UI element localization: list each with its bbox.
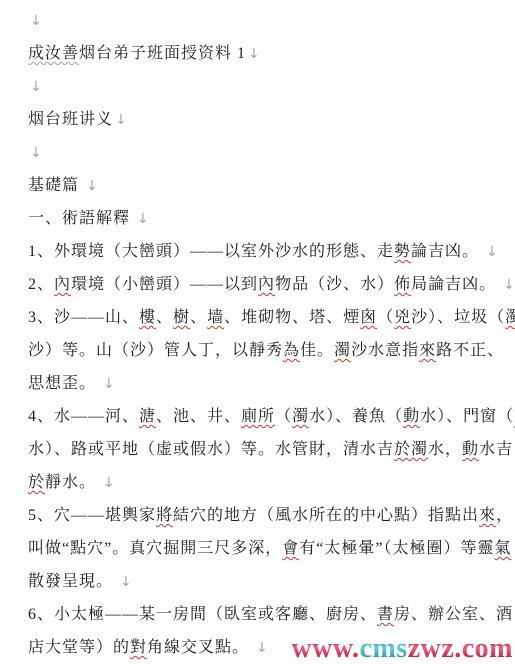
misspelling-red-run: 廁所	[241, 408, 275, 425]
text-run: 沙）等。山（沙）管人丁，以靜秀	[28, 342, 283, 359]
paragraph-mark: ↓	[113, 112, 127, 128]
text-run: 散發呈現。	[28, 573, 118, 590]
misspelling-red-run: 內	[258, 276, 275, 293]
text-run: 5、穴——堪輿家	[28, 507, 156, 524]
text-line: 基礎篇 ↓	[28, 169, 499, 202]
misspelling-red-run: 兇	[394, 309, 411, 326]
text-line: 於靜水。 ↓	[28, 466, 499, 499]
misspelling-red-run: 來	[479, 507, 496, 524]
text-run: 烟台班讲义	[28, 111, 113, 128]
text-line: 5、穴——堪輿家將結穴的地方（風水所在的中心點）指點出來，	[28, 499, 499, 532]
misspelling-red-run: 為	[283, 342, 300, 359]
paragraph-mark: ↓	[135, 211, 149, 227]
misspelling-red-run: 濁	[505, 309, 515, 326]
text-run: 水）、路或平地（虚或假水）等。水管財，清水吉	[28, 441, 394, 458]
text-line: ↓	[28, 4, 499, 37]
text-line: 散發呈現。 ↓	[28, 565, 499, 598]
text-line: 叫做“點穴”。真穴掘開三尺多深，會有“太極暈”（太極圈）等靈氣	[28, 532, 499, 565]
text-run: 叫做“點穴”。真穴掘開三尺多深，	[28, 540, 282, 557]
text-run: 1、外環境（大巒頭）——以室外沙水的形態、走	[28, 243, 394, 260]
misspelling-red-run: 佈	[394, 276, 411, 293]
paragraph-mark: ↓	[101, 475, 115, 491]
text-run: 靜水。	[45, 474, 101, 491]
text-run: 、	[156, 309, 173, 326]
paragraph-mark: ↓	[84, 178, 98, 194]
text-run: 路不正、	[436, 342, 504, 359]
text-run: 、	[190, 309, 207, 326]
misspelling-red-run: 樹	[173, 309, 190, 326]
watermark: www.cmszwz.com	[291, 635, 513, 663]
text-run: 論吉凶。	[411, 243, 484, 260]
text-run: 一、術語解釋	[28, 210, 135, 227]
text-run: 角線交叉點。	[147, 639, 254, 656]
misspelling-red-run: 對	[130, 639, 147, 656]
text-run: 水吉	[479, 441, 513, 458]
text-line: 1、外環境（大巒頭）——以室外沙水的形態、走勢論吉凶。 ↓	[28, 235, 499, 268]
text-run: 環境（小巒頭）——以到	[71, 276, 258, 293]
text-run: 2、	[28, 276, 54, 293]
text-run: （	[377, 309, 394, 326]
misspelling-red-run: 動	[403, 408, 420, 425]
paragraph-mark: ↓	[28, 145, 42, 161]
document-page[interactable]: ↓成汝善烟台弟子班面授资料 1↓↓烟台班讲义↓↓基礎篇 ↓一、術語解釋 ↓1、外…	[0, 0, 515, 664]
misspelling-red-run: 於濁	[394, 441, 428, 458]
text-run: 3、沙——山、	[28, 309, 139, 326]
paragraph-mark: ↓	[118, 574, 132, 590]
misspelling-red-run: 溏	[139, 408, 156, 425]
text-line: 4、水——河、溏、池、井、廁所（濁水）、養魚（動水）、門窗（動	[28, 400, 499, 433]
text-line: 6、小太極——某一房間（臥室或客廳、廚房、書房、辦公室、酒	[28, 598, 499, 631]
text-run: 佳。	[300, 342, 334, 359]
text-line: ↓	[28, 136, 499, 169]
text-line: 3、沙——山、樓、樹、墙、堆砌物、塔、煙囪（兇沙）、垃圾（濁	[28, 301, 499, 334]
text-run: 有“太極暈”（太極圈）等靈	[299, 540, 494, 557]
misspelling-red-run: 來	[419, 342, 436, 359]
text-run: 水，	[428, 441, 462, 458]
watermark-segment-red: zwz.com	[408, 633, 513, 664]
document-text-area[interactable]: ↓成汝善烟台弟子班面授资料 1↓↓烟台班讲义↓↓基礎篇 ↓一、術語解釋 ↓1、外…	[0, 0, 515, 664]
text-run: 4、水——河、	[28, 408, 139, 425]
text-run: 思想歪。	[28, 375, 101, 392]
text-line: 一、術語解釋 ↓	[28, 202, 499, 235]
text-run: 結穴的地方（風水所在的中心點）指點出	[173, 507, 479, 524]
misspelling-red-run: 動	[462, 441, 479, 458]
misspelling-red-run: 於	[28, 474, 45, 491]
misspelling-red-run: 濁	[334, 342, 351, 359]
text-run: 沙水意指	[351, 342, 419, 359]
text-run: 局論吉凶。	[411, 276, 501, 293]
paragraph-mark: ↓	[28, 79, 42, 95]
text-run: 烟台弟子班面授资料 1	[79, 45, 246, 62]
misspelling-red-run: 囪	[360, 309, 377, 326]
text-run: 沙）、垃圾（	[411, 309, 505, 326]
paragraph-mark: ↓	[28, 13, 42, 29]
misspelling-red-run: 樓	[139, 309, 156, 326]
text-run: 6、小太極——某一房間（臥室或客廳、廚房、	[28, 606, 377, 623]
misspelling-red-run: 氣	[494, 540, 511, 557]
text-line: 成汝善烟台弟子班面授资料 1↓	[28, 37, 499, 70]
text-run: 基礎篇	[28, 177, 84, 194]
text-run: 房、辦公室、酒	[394, 606, 513, 623]
text-line: 沙）等。山（沙）管人丁，以靜秀為佳。濁沙水意指來路不正、	[28, 334, 499, 367]
text-line: 思想歪。 ↓	[28, 367, 499, 400]
paragraph-mark: ↓	[501, 277, 515, 293]
text-run: 水）、門窗（	[420, 408, 514, 425]
misspelling-red-run: 濁	[292, 408, 309, 425]
watermark-segment-teal: cms	[360, 633, 408, 664]
paragraph-mark: ↓	[101, 376, 115, 392]
text-run: ，	[496, 507, 513, 524]
text-run: （	[275, 408, 292, 425]
misspelling-red-run: 勢	[394, 243, 411, 260]
misspelling-red-run: 書	[377, 606, 394, 623]
text-line: ↓	[28, 70, 499, 103]
misspelling-red-run: 墙	[207, 309, 224, 326]
text-line: 2、內環境（小巒頭）——以到內物品（沙、水）佈局論吉凶。 ↓	[28, 268, 499, 301]
text-run: 店大堂等）的	[28, 639, 130, 656]
paragraph-mark: ↓	[246, 46, 260, 62]
misspelling-blue-run: 成汝善	[28, 45, 79, 62]
misspelling-red-run: 會	[282, 540, 299, 557]
paragraph-mark: ↓	[484, 244, 498, 260]
text-line: 水）、路或平地（虚或假水）等。水管財，清水吉於濁水，動水吉	[28, 433, 499, 466]
text-run: 水）、養魚（	[309, 408, 403, 425]
misspelling-red-run: 內	[54, 276, 71, 293]
text-run: 、池、井、	[156, 408, 241, 425]
text-run: 、堆砌物、塔、煙	[224, 309, 360, 326]
text-line: 烟台班讲义↓	[28, 103, 499, 136]
misspelling-red-run: 將	[156, 507, 173, 524]
watermark-segment-red: www.	[291, 633, 359, 664]
paragraph-mark: ↓	[254, 640, 268, 656]
text-run: 物品（沙、水）	[275, 276, 394, 293]
